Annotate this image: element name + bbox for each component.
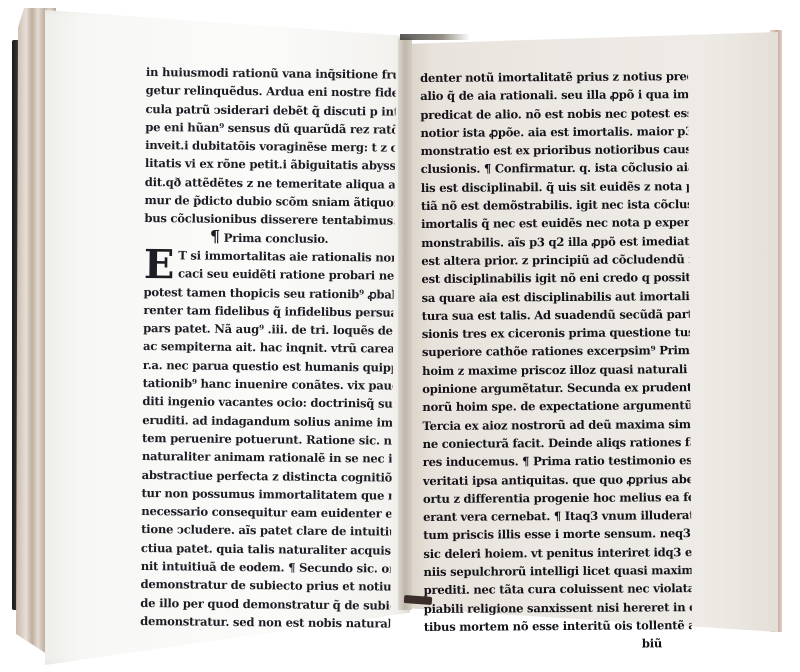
text-line: ne coniecturã facit. Deinde aliqs ration…: [423, 433, 691, 453]
text-line: erant vera cernebat. ¶ Itaq3 vnum illude…: [423, 506, 691, 526]
text-line: diti ingenio vacantes ocio: doctrinisq̃ …: [142, 392, 392, 413]
text-line: ortu z differentia progenie hoc melius e…: [423, 488, 691, 508]
text-line: abstractiue perfecta z distincta cogniti…: [142, 466, 392, 487]
text-line: opinione argumẽtatur. Secunda ex prudent…: [422, 378, 690, 398]
text-line: niis sepulchrorũ intelligi licet quasi m…: [423, 561, 691, 581]
text-line: de illo per quod demonstratur q̃ de subi…: [140, 594, 390, 615]
text-line: piabili religione sanxissent nisi herere…: [424, 598, 692, 618]
pilcrow-icon: ¶: [210, 228, 220, 246]
paragraph-with-dropcap: E T si immortalitas aie rationalis non p…: [140, 246, 394, 633]
text-line: clusionis. ¶ Confirmatur. q. ista cõclus…: [421, 159, 689, 179]
text-line: demonstratur de subiecto prius et notius…: [140, 575, 390, 596]
text-line: veritati ipsa antiquitas. que quo ꝓprius…: [423, 470, 691, 490]
text-line: monstrabilis. aĩs p3 q2 illa ꝓpõ est ime…: [421, 232, 689, 252]
text-line: tura sua est talis. Ad suadendũ secũdã p…: [422, 305, 690, 325]
text-line: potest tamen thopicis seu rationib⁹ ꝓbab…: [144, 283, 394, 304]
text-line: hoim z maxime priscoz illoz quasi natura…: [422, 360, 690, 380]
dropcap-initial: E: [144, 248, 175, 282]
book-gutter: [398, 38, 412, 610]
text-line: tiã nõ est demõstrabilis. igit nec ista …: [421, 195, 689, 215]
book-photo: in huiusmodi rationũ vana inq̃sitione fr…: [0, 0, 800, 672]
text-line: sic deleri hoiem. vt penitus interiret i…: [423, 543, 691, 563]
text-line: tibus mortem nõ esse interitũ ois tollen…: [424, 616, 692, 636]
text-line: naturaliter animam rationalẽ in se nec i…: [142, 447, 392, 468]
text-line: monstratio est ex prioribus notioribus c…: [421, 140, 689, 160]
text-line: res inducemus. ¶ Prima ratio testimonio …: [423, 451, 691, 471]
text-line: norũ hoim spe. de expectatione argumentũ…: [422, 396, 690, 416]
text-line: sionis tres ex ciceronis prima questione…: [422, 323, 690, 343]
text-line: bus cõclusionibus disserere tentabimus.: [144, 209, 394, 230]
text-line: tione ↄcludere. aĩs patet clare de intui…: [141, 520, 391, 541]
text-line: predicat de alio. nõ est nobis nec potes…: [420, 104, 688, 124]
catchword: biũ: [424, 634, 692, 654]
text-line: getur relinquẽdus. Ardua eni nostre fide…: [146, 81, 396, 102]
text-line: ac sempiterna ait. hac inqnit. vtrũ care…: [143, 337, 393, 358]
text-line: superiore cathõe rationes excerpsim⁹ Pri…: [422, 342, 690, 362]
text-line: sa quare aia est disciplinabilis aut imo…: [422, 287, 690, 307]
text-line: litatis vi ex rõne petit.i ãbiguitatis a…: [145, 154, 395, 175]
text-line: imortalis q̃ nec est euidẽs nec nota p e…: [421, 214, 689, 234]
top-binding-thread: [400, 34, 470, 40]
text-line: alio q̃ de aia rationali. seu illa ꝓpõ i…: [420, 85, 688, 105]
right-page-text: denter notũ imortalitatẽ prius z notius …: [420, 67, 692, 654]
text-line: est disciplinabilis igit nõ eni credo q …: [421, 268, 689, 288]
text-line: T si immortalitas aie rationalis non pos…: [178, 246, 394, 267]
text-line: caci seu euidẽti ratione probari nec dem…: [178, 265, 394, 286]
text-line: denter notũ imortalitatẽ prius z notius …: [420, 67, 688, 87]
text-line: notior ista ꝓpõe. aia est imortalis. mai…: [420, 122, 688, 142]
heading-text: Prima conclusio.: [224, 230, 329, 245]
text-line: cula patrũ ↄsiderari debẽt q̃ discuti p …: [145, 100, 395, 121]
left-page-text: in huiusmodi rationũ vana inq̃sitione fr…: [140, 63, 396, 633]
text-line: lis est disciplinabil. q̃ uis sit euidẽs…: [421, 177, 689, 197]
text-line: tum priscis illis esse i morte sensum. n…: [423, 525, 691, 545]
text-line: est altera prior. z principiũ ad cõclude…: [421, 250, 689, 270]
text-line: Tercia ex aioz nostrorũ ad deũ maxima si…: [422, 415, 690, 435]
text-line: prediti. nec tãta cura coluissent nec vi…: [424, 579, 692, 599]
text-line: demonstratur. sed non est nobis naturali…: [140, 612, 390, 633]
